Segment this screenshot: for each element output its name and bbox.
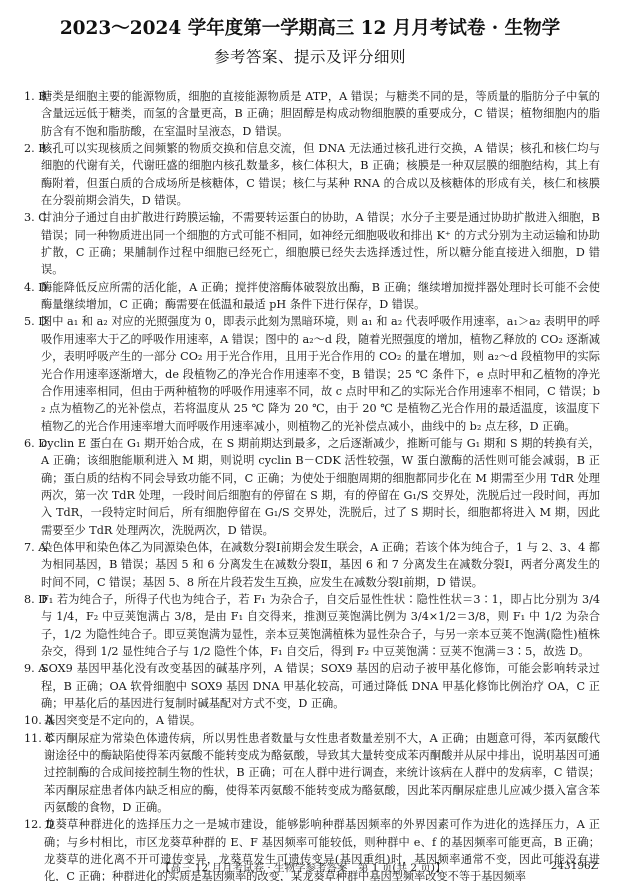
answer-explanation: 基因突变是不定向的，A 错误。 — [44, 712, 600, 729]
answer-explanation: 酶能降低反应所需的活化能，A 正确；搅拌使溶酶体破裂放出酶，B 正确；继续增加搅… — [41, 279, 600, 314]
answer-item-1: 1. B糖类是细胞主要的能源物质，细胞的直接能源物质是 ATP，A 错误；与糖类… — [24, 88, 600, 140]
answer-explanation: 苯丙酮尿症为常染色体遗传病，所以男性患者数量与女性患者数量差别不大，A 正确；由… — [44, 730, 600, 817]
answer-item-8: 8. DF₁ 若为纯合子，所得子代也为纯合子，若 F₁ 为杂合子，自交后显性性状… — [24, 591, 600, 660]
answer-number: 8. D — [24, 591, 47, 608]
answer-item-3: 3. C甘油分子通过自由扩散进行跨膜运输，不需要转运蛋白的协助，A 错误；水分子… — [24, 209, 600, 278]
answer-explanation: 糖类是细胞主要的能源物质，细胞的直接能源物质是 ATP，A 错误；与糖类不同的是… — [41, 88, 600, 140]
answer-explanation: SOX9 基因甲基化没有改变基因的碱基序列，A 错误；SOX9 基因的启动子被甲… — [41, 660, 600, 712]
answer-explanation: cyclin E 蛋白在 G₁ 期开始合成，在 S 期前期达到最多，之后逐渐减少… — [41, 435, 600, 539]
answer-explanation: 染色体甲和染色体乙为同源染色体，在减数分裂Ⅰ前期会发生联会，A 正确；若该个体为… — [41, 539, 600, 591]
answer-list: 1. B糖类是细胞主要的能源物质，细胞的直接能源物质是 ATP，A 错误；与糖类… — [24, 88, 600, 881]
answer-number: 12. D — [24, 816, 54, 833]
answer-item-5: 5. D图中 a₁ 和 a₂ 对应的光照强度为 0，即表示此刻为黑暗环境，则 a… — [24, 313, 600, 434]
answer-number: 9. A — [24, 660, 46, 677]
page-subtitle: 参考答案、提示及评分细则 — [0, 45, 620, 67]
answer-explanation: F₁ 若为纯合子，所得子代也为纯合子，若 F₁ 为杂合子，自交后显性性状∶隐性性… — [41, 591, 600, 660]
answer-item-7: 7. A染色体甲和染色体乙为同源染色体，在减数分裂Ⅰ前期会发生联会，A 正确；若… — [24, 539, 600, 591]
answer-item-2: 2. B核孔可以实现核质之间频繁的物质交换和信息交流，但 DNA 无法通过核孔进… — [24, 140, 600, 209]
answer-number: 4. D — [24, 279, 47, 296]
answer-number: 7. A — [24, 539, 46, 556]
page-title: 2023～2024 学年度第一学期高三 12 月月考试卷 · 生物学 — [0, 14, 620, 40]
answer-explanation: 核孔可以实现核质之间频繁的物质交换和信息交流，但 DNA 无法通过核孔进行交换，… — [41, 140, 600, 209]
answer-number: 5. D — [24, 313, 47, 330]
answer-item-10: 10. A基因突变是不定向的，A 错误。 — [24, 712, 600, 729]
answer-number: 10. A — [24, 712, 53, 729]
answer-item-11: 11. C苯丙酮尿症为常染色体遗传病，所以男性患者数量与女性患者数量差别不大，A… — [24, 730, 600, 817]
answer-number: 2. B — [24, 140, 46, 157]
answer-item-9: 9. ASOX9 基因甲基化没有改变基因的碱基序列，A 错误；SOX9 基因的启… — [24, 660, 600, 712]
answer-item-4: 4. D酶能降低反应所需的活化能，A 正确；搅拌使溶酶体破裂放出酶，B 正确；继… — [24, 279, 600, 314]
answer-number: 1. B — [24, 88, 46, 105]
answer-explanation: 甘油分子通过自由扩散进行跨膜运输，不需要转运蛋白的协助，A 错误；水分子主要是通… — [41, 209, 600, 278]
answer-number: 6. D — [24, 435, 47, 452]
answer-number: 11. C — [24, 730, 54, 747]
answer-number: 3. C — [24, 209, 47, 226]
answer-item-6: 6. Dcyclin E 蛋白在 G₁ 期开始合成，在 S 期前期达到最多，之后… — [24, 435, 600, 539]
footer-page-info: 【高三 12 月月考试卷 · 生物学参考答案 第 1 页(共 2 页)】 — [160, 860, 445, 875]
footer-doc-code: 243196Z — [551, 860, 598, 872]
answer-explanation: 图中 a₁ 和 a₂ 对应的光照强度为 0，即表示此刻为黑暗环境，则 a₁ 和 … — [41, 313, 600, 434]
